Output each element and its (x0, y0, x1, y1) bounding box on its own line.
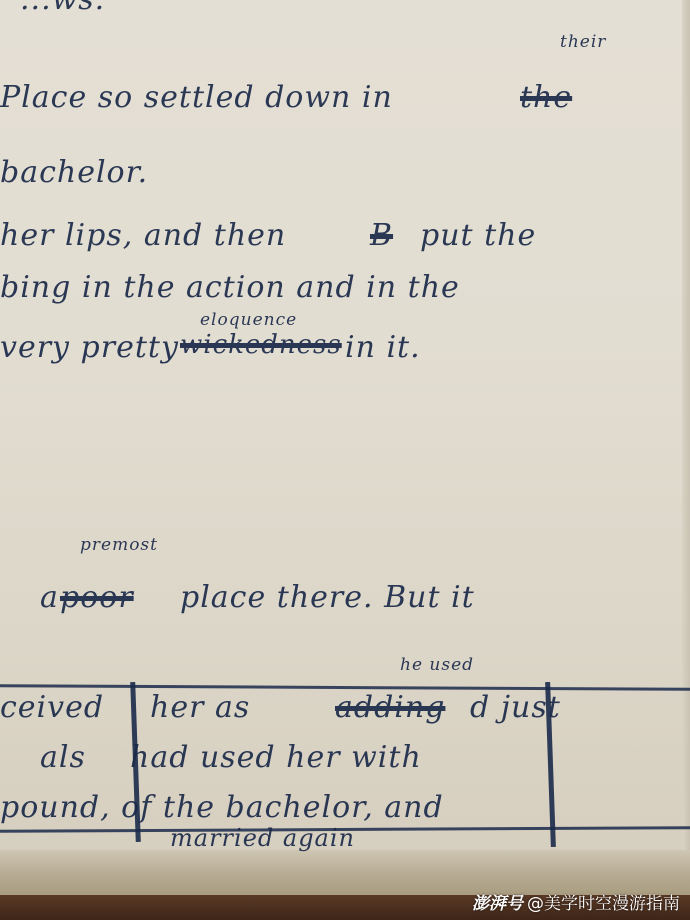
boxed-struck-word: adding (335, 690, 445, 725)
struck-word: poor (60, 580, 134, 615)
boxed-line: ceived (0, 690, 104, 725)
boxed-line: pound, of the bachelor, and (0, 790, 444, 825)
boxed-line: als (40, 740, 86, 775)
boxed-line: married again (170, 824, 355, 852)
handwritten-line: bing in the action and in the (0, 270, 460, 305)
manuscript-page (0, 0, 690, 860)
interlinear-insertion: premost (80, 535, 158, 555)
handwritten-line: very pretty (0, 330, 179, 365)
handwritten-line: ...ws. (20, 0, 105, 17)
watermark: 澎湃号@美学时空漫游指南 (472, 889, 680, 914)
boxed-line: her as (150, 690, 250, 725)
handwritten-line: a (40, 580, 59, 615)
handwritten-line: put the (420, 218, 536, 253)
interlinear-insertion: eloquence (200, 310, 297, 330)
boxed-line: had used her with (130, 740, 422, 775)
handwritten-line: bachelor. (0, 155, 148, 190)
watermark-brand: 澎湃号 (472, 894, 523, 914)
handwritten-line: Place so settled down in (0, 80, 393, 115)
boxed-line: d just (470, 690, 561, 725)
struck-word: B (370, 218, 393, 253)
page-edge (682, 0, 690, 860)
handwritten-line: place there. But it (180, 580, 475, 615)
handwritten-line: in it. (345, 330, 421, 365)
handwritten-line: her lips, and then (0, 218, 286, 253)
interlinear-insertion: their (560, 32, 606, 52)
struck-word: wickedness (180, 330, 342, 360)
watermark-handle: @美学时空漫游指南 (527, 894, 680, 914)
struck-word: the (520, 80, 572, 115)
interlinear-insertion: he used (400, 655, 474, 675)
